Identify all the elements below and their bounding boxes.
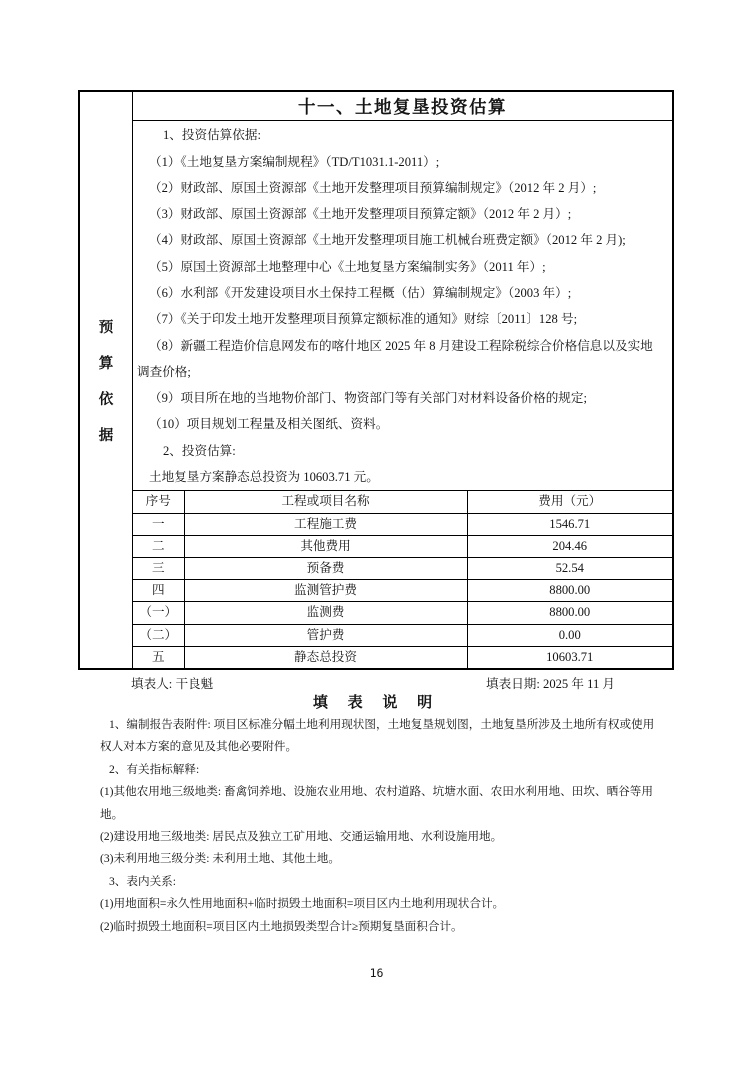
col-header-cost: 费用（元） (467, 491, 672, 513)
basis-item-8: （8）新疆工程造价信息网发布的喀什地区 2025 年 8 月建设工程除税综合价格… (137, 333, 664, 386)
cell-seq: （一） (133, 602, 184, 624)
sidebar-char: 预 (99, 316, 114, 337)
cell-seq: 四 (133, 580, 184, 602)
preparer-line: 填表人: 干良魁 (131, 673, 213, 692)
sidebar-char: 据 (99, 424, 114, 445)
cell-cost: 0.00 (467, 624, 672, 646)
cell-cost: 8800.00 (467, 602, 672, 624)
estimate-basis-text: 1、投资估算依据: （1）《土地复垦方案编制规程》（TD/T1031.1-201… (133, 121, 672, 490)
table-row: 四 监测管护费 8800.00 (133, 580, 672, 602)
col-header-name: 工程或项目名称 (184, 491, 467, 513)
basis-item-9: （9）项目所在地的当地物价部门、物资部门等有关部门对材料设备价格的规定; (137, 385, 664, 411)
basis-item-4: （4）财政部、原国土资源部《土地开发整理项目施工机械台班费定额》（2012 年 … (137, 227, 664, 253)
notes-heading: 填 表 说 明 (0, 691, 753, 712)
basis-item-6: （6）水利部《开发建设项目水土保持工程概（估）算编制规定》（2003 年）; (137, 280, 664, 306)
cell-name: 静态总投资 (184, 646, 467, 668)
cell-seq: 三 (133, 557, 184, 579)
cell-name: 监测管护费 (184, 580, 467, 602)
table-row: （一） 监测费 8800.00 (133, 602, 672, 624)
cell-cost: 1546.71 (467, 513, 672, 535)
cell-name: 监测费 (184, 602, 467, 624)
table-row: （二） 管护费 0.00 (133, 624, 672, 646)
table-row: 三 预备费 52.54 (133, 557, 672, 579)
cell-name: 管护费 (184, 624, 467, 646)
fill-date-line: 填表日期: 2025 年 11 月 (486, 673, 615, 692)
cell-name: 预备费 (184, 557, 467, 579)
page-title: 十一、土地复垦投资估算 (133, 92, 672, 121)
note-line-2: 2、有关指标解释: (100, 759, 662, 781)
basis-item-2: （2）财政部、原国土资源部《土地开发整理项目预算编制规定》（2012 年 2 月… (137, 175, 664, 201)
note-line-5: (3)未利用地三级分类: 未利用土地、其他土地。 (100, 848, 662, 870)
fill-date-value: 2025 年 11 月 (543, 677, 615, 691)
cell-cost: 204.46 (467, 535, 672, 557)
cell-seq: 一 (133, 513, 184, 535)
note-line-4: (2)建设用地三级地类: 居民点及独立工矿用地、交通运输用地、水利设施用地。 (100, 826, 662, 848)
page-number: 16 (0, 966, 753, 980)
cell-seq: 五 (133, 646, 184, 668)
main-column: 十一、土地复垦投资估算 1、投资估算依据: （1）《土地复垦方案编制规程》（TD… (133, 92, 672, 668)
note-line-6: 3、表内关系: (100, 871, 662, 893)
section-heading: 1、投资估算依据: (137, 122, 664, 148)
col-header-seq: 序号 (133, 491, 184, 513)
basis-item-5: （5）原国土资源部土地整理中心《土地复垦方案编制实务》（2011 年）; (137, 254, 664, 280)
note-line-7: (1)用地面积=永久性用地面积+临时损毁土地面积=项目区内土地利用现状合计。 (100, 893, 662, 915)
note-line-8: (2)临时损毁土地面积=项目区内土地损毁类型合计≥预期复垦面积合计。 (100, 916, 662, 938)
basis-item-10: （10）项目规划工程量及相关图纸、资料。 (137, 411, 664, 437)
note-line-1: 1、编制报告表附件: 项目区标准分幅土地利用现状图，土地复垦规划图，土地复垦所涉… (100, 714, 662, 759)
table-header-row: 序号 工程或项目名称 费用（元） (133, 491, 672, 513)
cell-name: 工程施工费 (184, 513, 467, 535)
table-row: 五 静态总投资 10603.71 (133, 646, 672, 668)
sidebar-char: 算 (99, 352, 114, 373)
table-row: 二 其他费用 204.46 (133, 535, 672, 557)
basis-item-3: （3）财政部、原国土资源部《土地开发整理项目预算定额》（2012 年 2 月）; (137, 201, 664, 227)
basis-item-1: （1）《土地复垦方案编制规程》（TD/T1031.1-2011）; (137, 149, 664, 175)
basis-item-7: （7）《关于印发土地开发整理项目预算定额标准的通知》财综〔2011〕128 号; (137, 306, 664, 332)
cell-cost: 52.54 (467, 557, 672, 579)
cell-name: 其他费用 (184, 535, 467, 557)
table-row: 一 工程施工费 1546.71 (133, 513, 672, 535)
cell-cost: 10603.71 (467, 646, 672, 668)
sidebar-budget-basis: 预 算 依 据 (80, 92, 133, 668)
fee-table: 序号 工程或项目名称 费用（元） 一 工程施工费 1546.71 二 其他费用 … (133, 490, 672, 668)
fill-date-label: 填表日期: (486, 677, 540, 691)
note-line-3: (1)其他农用地三级地类: 畜禽饲养地、设施农业用地、农村道路、坑塘水面、农田水… (100, 781, 662, 826)
sidebar-char: 依 (99, 388, 114, 409)
cell-seq: 二 (133, 535, 184, 557)
section-heading: 2、投资估算: (137, 438, 664, 464)
cell-seq: （二） (133, 624, 184, 646)
notes-section: 1、编制报告表附件: 项目区标准分幅土地利用现状图，土地复垦规划图，土地复垦所涉… (100, 714, 662, 938)
form-outer-box: 预 算 依 据 十一、土地复垦投资估算 1、投资估算依据: （1）《土地复垦方案… (78, 90, 674, 670)
preparer-label: 填表人: (131, 677, 172, 691)
cell-cost: 8800.00 (467, 580, 672, 602)
document-page: { "page": { "page_number": "16" }, "head… (0, 0, 753, 1066)
preparer-name: 干良魁 (175, 677, 213, 691)
total-investment-line: 土地复垦方案静态总投资为 10603.71 元。 (137, 464, 664, 490)
